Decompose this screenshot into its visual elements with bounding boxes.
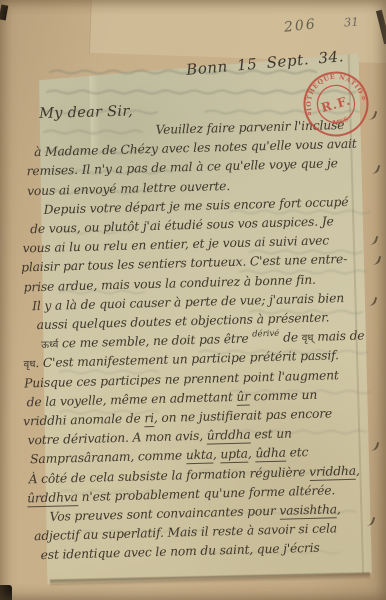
text-segment: , on ne justifierait pas encore (154, 406, 333, 425)
text-segment: adjectif au superlatif. Mais il reste à … (34, 521, 337, 543)
text-segment: Puisque ces participes ne prennent point… (24, 368, 339, 390)
text-segment: est un (250, 427, 291, 442)
salutation: My dear Sir, (39, 104, 133, 122)
text-segment: Depuis votre départ je me suis encore fo… (43, 195, 348, 217)
stamp-left-dot (308, 112, 311, 115)
letter-line: aussi quelques doutes et objections à pr… (36, 311, 329, 331)
text-segment: ce me semble, ne doit pas être (58, 332, 252, 351)
underlined-word: ûdha (255, 446, 286, 463)
underlined-word: ukta (186, 448, 213, 465)
letter-line: Depuis votre départ je me suis encore fo… (43, 196, 348, 216)
underlined-word: ûrddha (207, 428, 251, 445)
text-segment: remises. Il n'y a pas de mal à ce qu'ell… (26, 157, 338, 179)
text-segment: est identique avec le nom du saint, que … (41, 541, 320, 562)
scan-edge-mark (0, 585, 12, 600)
text-segment: de vous, ou plutôt j'ai étudié sous vos … (30, 214, 334, 236)
text-segment: Il y a là de quoi causer à perte de vue;… (32, 291, 344, 313)
underlined-word: vriddha (309, 463, 356, 480)
text-segment: plaisir par tous les sentiers tortueux. … (21, 252, 347, 275)
letter-line: adjectif au superlatif. Mais il reste à … (34, 522, 337, 542)
text-segment: , (337, 502, 341, 516)
letter-line: est identique avec le nom du saint, que … (41, 542, 320, 562)
letter-line: de la voyelle, même en admettant ûr comm… (27, 389, 318, 409)
letter-body: Veuillez faire parvenir l'incluseà Madam… (0, 0, 378, 1)
folio-number-corner: 31 (344, 15, 360, 30)
text-segment: de la voyelle, même en admettant (26, 390, 236, 409)
letter-line: votre dérivation. A mon avis, ûrddha est… (28, 428, 292, 447)
text-segment: aussi quelques doutes et objections à pr… (36, 310, 329, 332)
letter-line: Samprasâranam, comme ukta, upta, ûdha et… (30, 446, 308, 466)
album-page: Bonn 15 Sept. 34. My dear Sir, Veuillez … (0, 0, 386, 600)
text-segment: votre dérivation. A mon avis, (27, 429, 206, 448)
folio-number-pencil: 206 (283, 16, 317, 35)
text-segment: comme un (250, 388, 318, 404)
text-segment: Samprasâranam, comme (30, 449, 186, 467)
stamp-right-dot (362, 97, 365, 100)
stamp-arc-bottom-text: MSS (331, 115, 351, 129)
interlinear-insertion: dérivé (252, 329, 279, 340)
text-segment: vriddhi anomale de (23, 411, 145, 428)
text-segment: Vos preuves sont convaincantes pour (49, 504, 279, 524)
letter-line: ऊर्ध्व ce me semble, ne doit pas être dé… (41, 330, 365, 351)
letter-line: Il y a là de quoi causer à perte de vue;… (32, 292, 344, 312)
stamp-center-text: R.F. (319, 92, 352, 115)
text-segment: de (279, 330, 302, 345)
letter-line: वृध. C'est manifestement un participe pr… (24, 350, 340, 371)
letter-line: Vos preuves sont convaincantes pour vasi… (50, 503, 341, 523)
letter-line: remises. Il n'y a pas de mal à ce qu'ell… (26, 158, 338, 178)
underlined-word: ûrddhva (27, 490, 78, 507)
underlined-word: ûr (236, 389, 250, 405)
text-segment: n'est probablement qu'une forme altérée. (78, 483, 336, 504)
devanagari-word: वृध् (302, 333, 314, 344)
text-segment: vous ai lu ou relu en entier, et je vous… (22, 234, 329, 256)
text-segment: vous ai envoyé ma lettre ouverte. (27, 179, 230, 198)
underlined-word: ri (144, 411, 154, 427)
devanagari-word: ऊर्ध्व (41, 340, 58, 351)
letter-line: vous ai envoyé ma lettre ouverte. (27, 180, 230, 198)
text-segment: À côté de cela subsiste la formation rég… (28, 465, 309, 486)
underlined-word: vasishtha (279, 502, 337, 520)
letter-line: vous ai lu ou relu en entier, et je vous… (22, 235, 329, 255)
letter-line: vriddhi anomale de ri, on ne justifierai… (23, 407, 332, 427)
letter-line: À côté de cela subsiste la formation rég… (29, 464, 360, 485)
text-segment: etc (286, 445, 309, 460)
text-segment: , (356, 463, 360, 477)
letter-line: Puisque ces participes ne prennent point… (24, 369, 339, 390)
underlined-word: upta (220, 447, 248, 464)
text-segment: mais de (313, 329, 364, 344)
text-segment: prise ardue, mais vous la conduirez à bo… (23, 272, 315, 294)
letter-line: plaisir par tous les sentiers tortueux. … (21, 253, 347, 274)
letter-line: ûrddhva n'est probablement qu'une forme … (27, 484, 335, 504)
letter-line: de vous, ou plutôt j'ai étudié sous vos … (30, 215, 334, 235)
letter-line: prise ardue, mais vous la conduirez à bo… (23, 273, 315, 293)
devanagari-word: वृध (24, 360, 36, 371)
text-segment: . C'est manifestement un participe prété… (35, 349, 339, 371)
